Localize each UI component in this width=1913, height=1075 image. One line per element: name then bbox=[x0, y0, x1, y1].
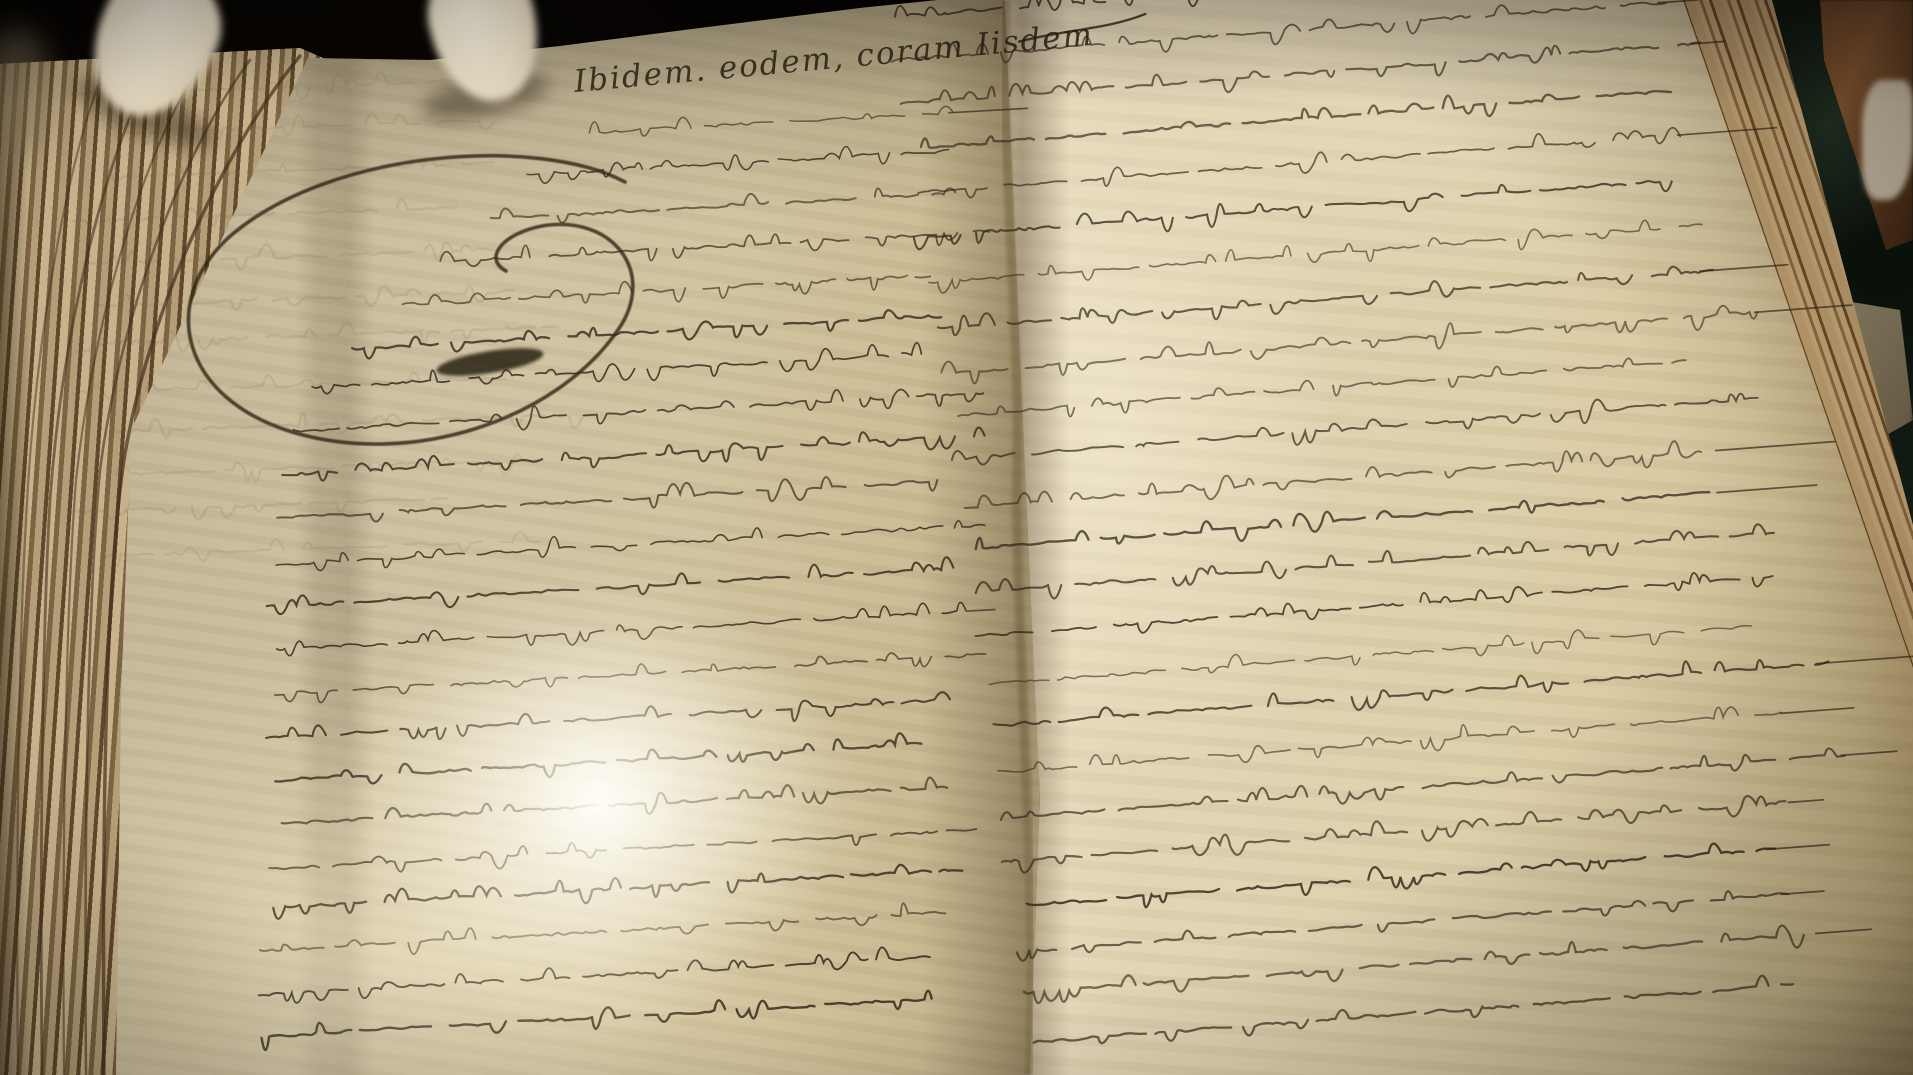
vignette bbox=[0, 0, 1913, 1075]
photograph: Ibidem. eodem, coram Iisdem bbox=[0, 0, 1913, 1075]
